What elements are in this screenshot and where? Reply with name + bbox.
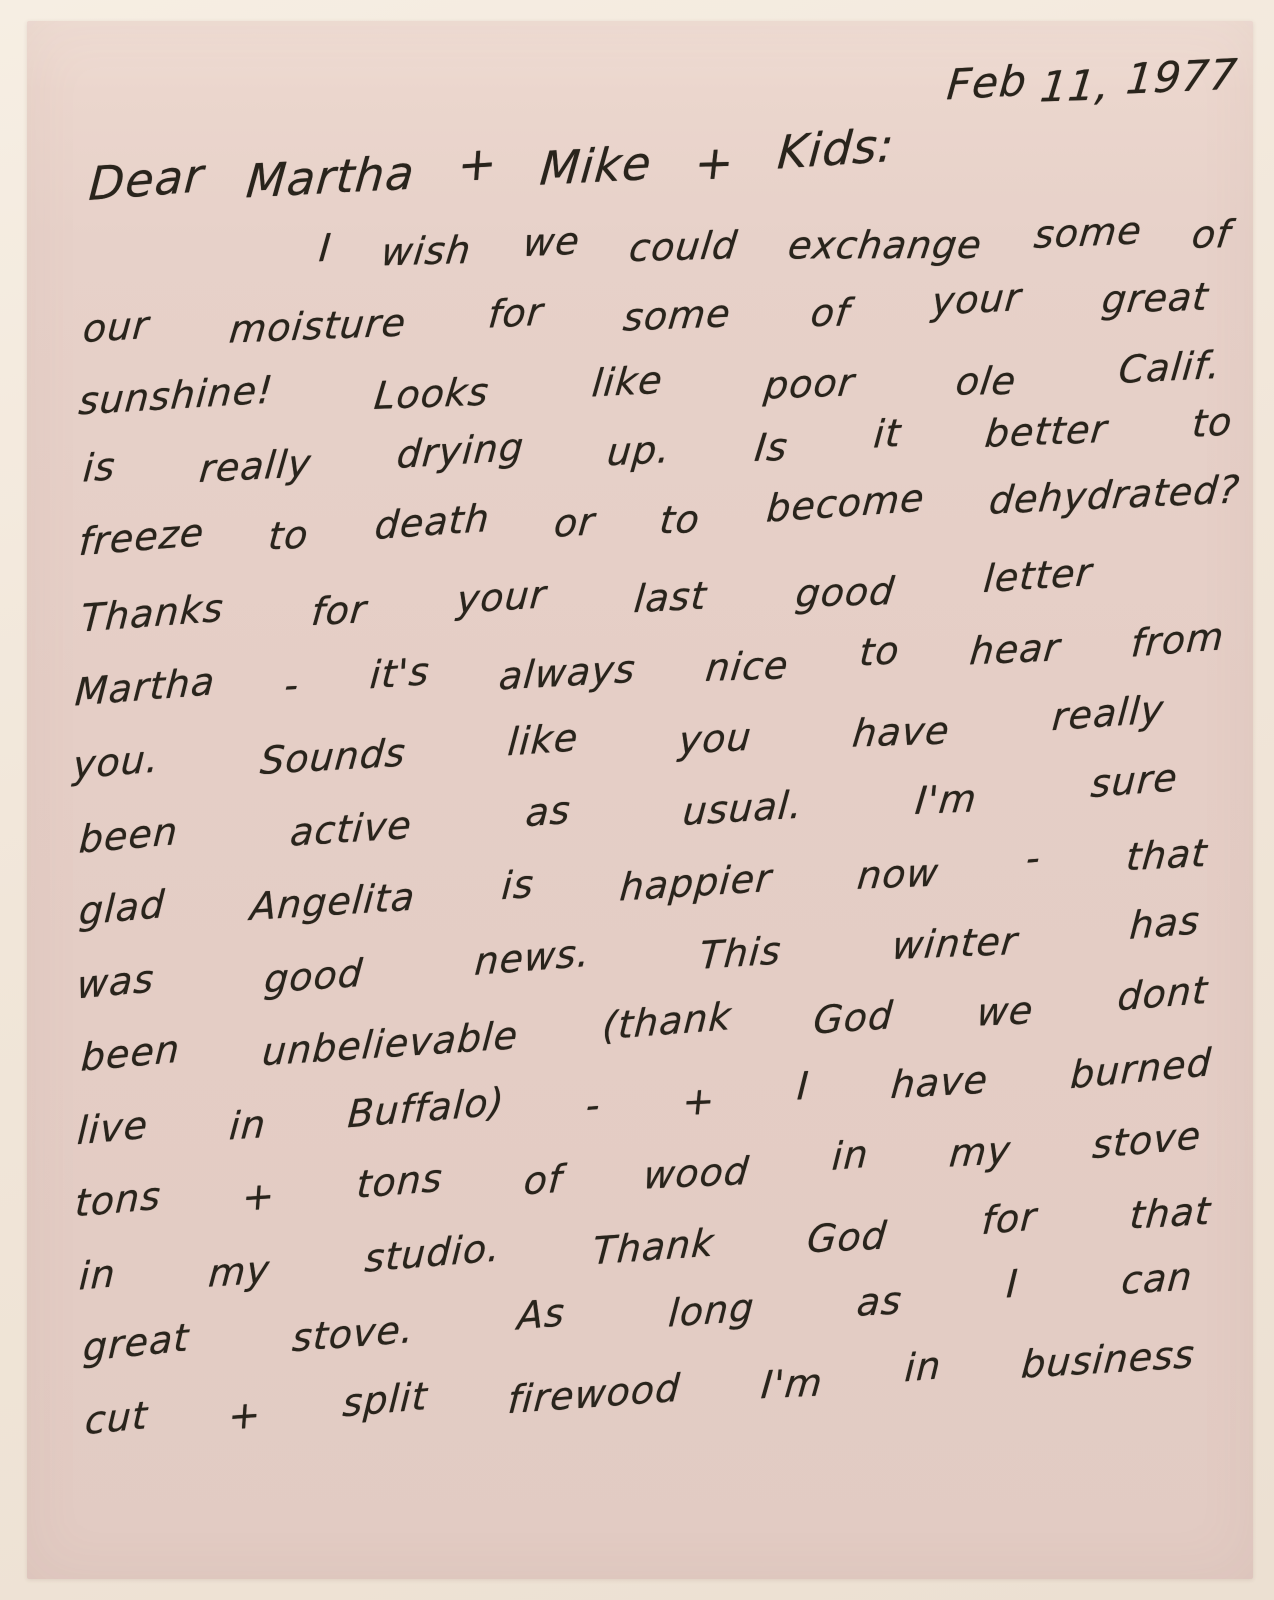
letter-page: Feb11,1977 DearMartha+Mike+Kids: Iwishwe…	[27, 21, 1253, 1579]
photo-mat-background: Feb11,1977 DearMartha+Mike+Kids: Iwishwe…	[0, 0, 1274, 1600]
letter-body-line-1: Iwishwecouldexchangesomeof	[317, 215, 1234, 269]
letter-body-line-6: Thanksforyourlastgoodletter	[79, 558, 1094, 637]
letter-salutation: DearMartha+Mike+Kids:	[87, 127, 897, 207]
letter-body-line-2: ourmoistureforsomeofyourgreat	[81, 278, 1211, 350]
letter-date: Feb11,1977	[944, 59, 1239, 107]
